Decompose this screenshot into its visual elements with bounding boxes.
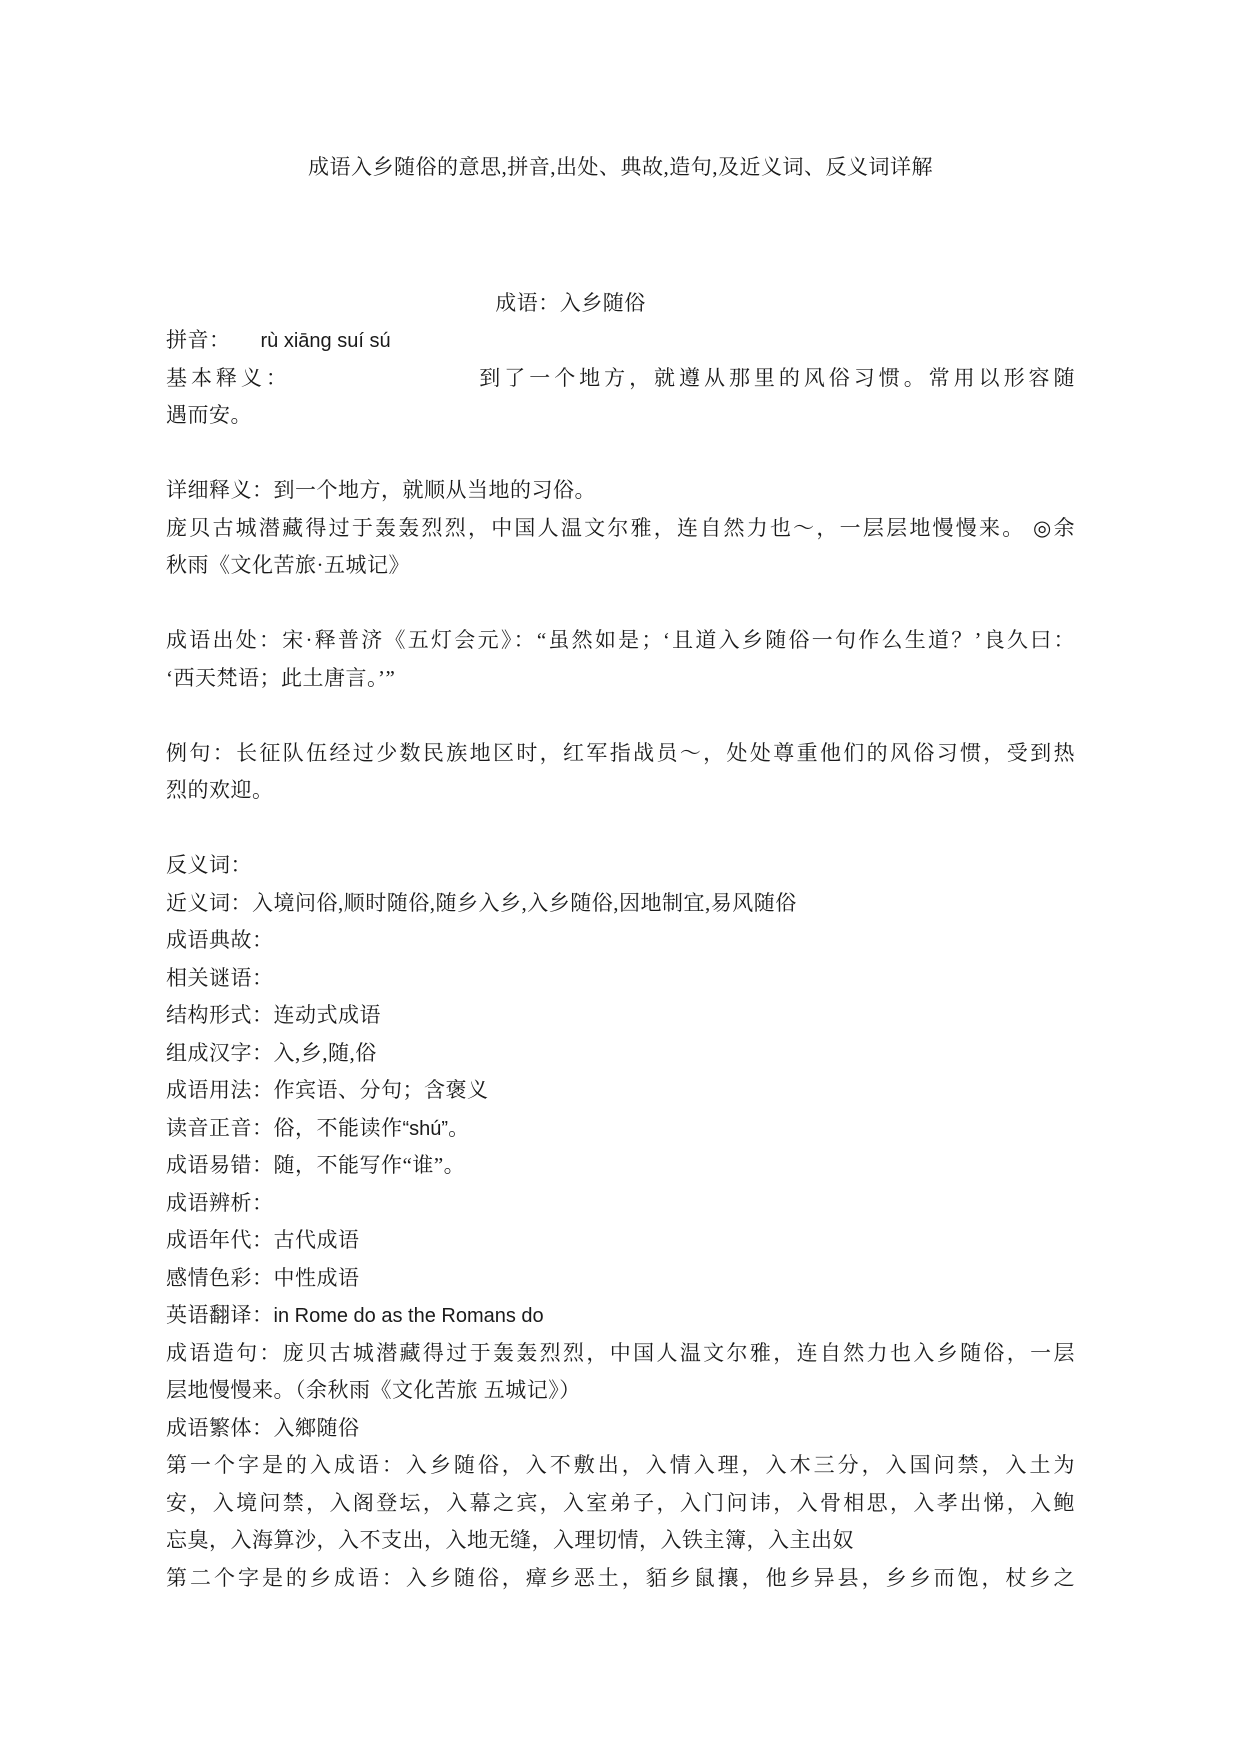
headline: 成语：入乡随俗 xyxy=(166,285,1075,323)
sentiment-line: 感情色彩：中性成语 xyxy=(166,1260,1075,1298)
page-title: 成语入乡随俗的意思,拼音,出处、典故,造句,及近义词、反义词详解 xyxy=(166,149,1075,187)
origin-line-1: 成语出处：宋·释普济《五灯会元》：“虽然如是；‘且道入乡随俗一句作么生道？’良久… xyxy=(166,622,1075,660)
sentence-making-line-2: 层地慢慢来。（余秋雨《文化苦旅 五城记》） xyxy=(166,1372,1075,1410)
first-char-idioms-line-3: 忘臭，入海算沙，入不支出，入地无缝，入理切情，入铁主簿，入主出奴 xyxy=(166,1522,1075,1560)
document-page: 成语入乡随俗的意思,拼音,出处、典故,造句,及近义词、反义词详解 成语：入乡随俗… xyxy=(0,0,1240,1753)
detailed-example-line-2: 秋雨《文化苦旅·五城记》 xyxy=(166,547,1075,585)
document-body: 成语：入乡随俗拼音：rù xiāng suí sú基本释义：到了一个地方，就遵从… xyxy=(166,285,1075,1598)
characters-line: 组成汉字：入,乡,随,俗 xyxy=(166,1035,1075,1073)
first-char-idioms-line-2: 安，入境问禁，入阁登坛，入幕之宾，入室弟子，入门问讳，入骨相思，入孝出悌，入鲍 xyxy=(166,1485,1075,1523)
blank-line xyxy=(166,585,1075,623)
era-line: 成语年代：古代成语 xyxy=(166,1222,1075,1260)
second-char-idioms-line-1: 第二个字是的乡成语：入乡随俗，瘴乡恶土，貊乡鼠攘，他乡异县，乡乡而饱，杖乡之 xyxy=(166,1560,1075,1598)
antonyms-line: 反义词： xyxy=(166,847,1075,885)
detailed-definition-line: 详细释义：到一个地方，就顺从当地的习俗。 xyxy=(166,472,1075,510)
miswriting-line: 成语易错：随，不能写作“谁”。 xyxy=(166,1147,1075,1185)
structure-line: 结构形式：连动式成语 xyxy=(166,997,1075,1035)
traditional-form-line: 成语繁体：入鄉随俗 xyxy=(166,1410,1075,1448)
blank-line xyxy=(166,697,1075,735)
basic-definition-line-1: 基本释义：到了一个地方，就遵从那里的风俗习惯。常用以形容随 xyxy=(166,360,1075,398)
usage-line: 成语用法：作宾语、分句；含褒义 xyxy=(166,1072,1075,1110)
allusion-line: 成语典故： xyxy=(166,922,1075,960)
discrimination-line: 成语辨析： xyxy=(166,1185,1075,1223)
detailed-example-line-1: 庞贝古城潜藏得过于轰轰烈烈，中国人温文尔雅，连自然力也～，一层层地慢慢来。 ◎余 xyxy=(166,510,1075,548)
synonyms-line: 近义词：入境问俗,顺时随俗,随乡入乡,入乡随俗,因地制宜,易风随俗 xyxy=(166,885,1075,923)
english-translation-line: 英语翻译：in Rome do as the Romans do xyxy=(166,1297,1075,1335)
example-sentence-line-2: 烈的欢迎。 xyxy=(166,772,1075,810)
riddle-line: 相关谜语： xyxy=(166,960,1075,998)
origin-line-2: ‘西天梵语；此土唐言。’” xyxy=(166,660,1075,698)
pinyin-line: 拼音：rù xiāng suí sú xyxy=(166,322,1075,360)
sentence-making-line-1: 成语造句：庞贝古城潜藏得过于轰轰烈烈，中国人温文尔雅，连自然力也入乡随俗，一层 xyxy=(166,1335,1075,1373)
document-content: 成语入乡随俗的意思,拼音,出处、典故,造句,及近义词、反义词详解 成语：入乡随俗… xyxy=(0,149,1240,1597)
pronunciation-line: 读音正音：俗，不能读作“shú”。 xyxy=(166,1110,1075,1148)
blank-line xyxy=(166,810,1075,848)
blank-line xyxy=(166,435,1075,473)
example-sentence-line-1: 例句：长征队伍经过少数民族地区时，红军指战员～，处处尊重他们的风俗习惯，受到热 xyxy=(166,735,1075,773)
basic-definition-line-2: 遇而安。 xyxy=(166,397,1075,435)
first-char-idioms-line-1: 第一个字是的入成语：入乡随俗，入不敷出，入情入理，入木三分，入国问禁，入土为 xyxy=(166,1447,1075,1485)
